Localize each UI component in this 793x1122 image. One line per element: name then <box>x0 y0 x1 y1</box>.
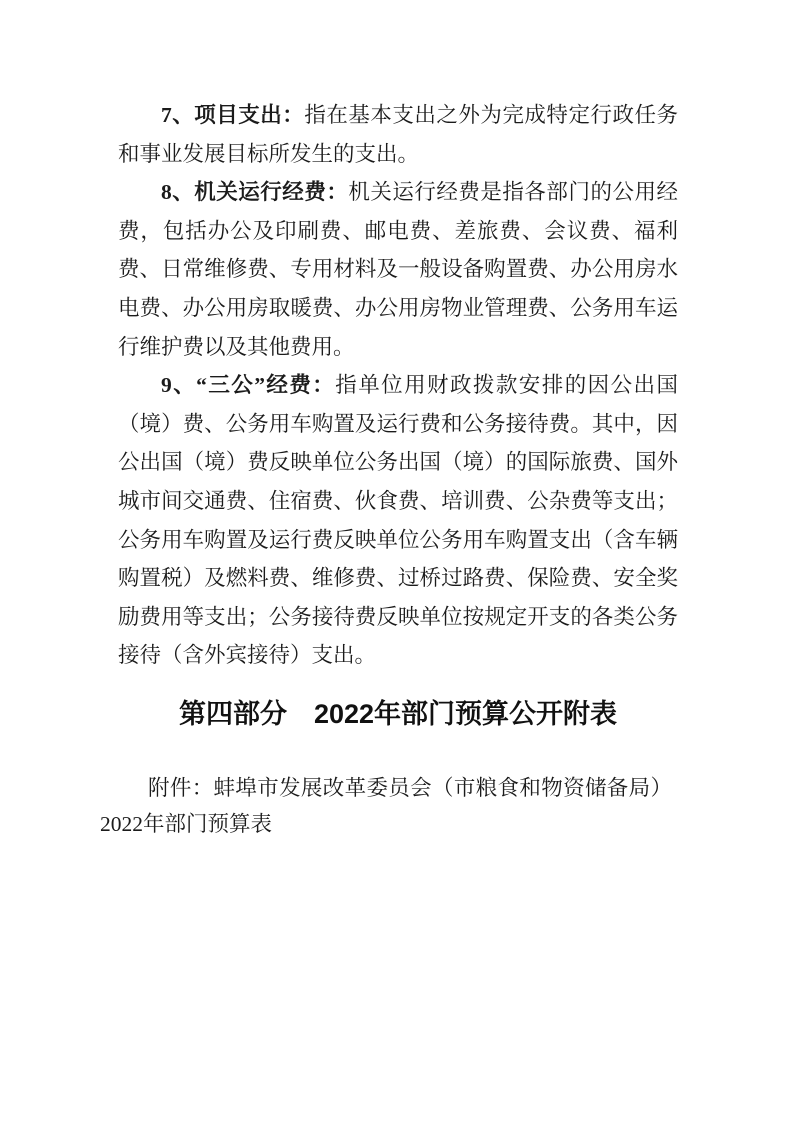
definition-term: 7、项目支出： <box>161 103 304 127</box>
attachment-note: 附件：蚌埠市发展改革委员会（市粮食和物资储备局）2022年部门预算表 <box>100 770 672 842</box>
definition-text: 机关运行经费是指各部门的公用经费，包括办公及印刷费、邮电费、差旅费、会议费、福利… <box>118 180 678 358</box>
definition-term: 8、机关运行经费： <box>161 180 348 204</box>
definition-paragraph-agency-operating-funds: 8、机关运行经费：机关运行经费是指各部门的公用经费，包括办公及印刷费、邮电费、差… <box>118 173 678 366</box>
definition-paragraph-three-public-funds: 9、“三公”经费：指单位用财政拨款安排的因公出国（境）费、公务用车购置及运行费和… <box>118 366 678 675</box>
definitions-section: 7、项目支出：指在基本支出之外为完成特定行政任务和事业发展目标所发生的支出。 8… <box>118 96 678 675</box>
document-page: 7、项目支出：指在基本支出之外为完成特定行政任务和事业发展目标所发生的支出。 8… <box>0 0 793 1122</box>
definition-text: 指单位用财政拨款安排的因公出国（境）费、公务用车购置及运行费和公务接待费。其中，… <box>118 373 678 667</box>
definition-term: 9、“三公”经费： <box>161 373 335 397</box>
section-heading: 第四部分 2022年部门预算公开附表 <box>118 696 678 732</box>
definition-paragraph-project-expenditure: 7、项目支出：指在基本支出之外为完成特定行政任务和事业发展目标所发生的支出。 <box>118 96 678 173</box>
attachment-section: 附件：蚌埠市发展改革委员会（市粮食和物资储备局）2022年部门预算表 <box>100 770 672 842</box>
